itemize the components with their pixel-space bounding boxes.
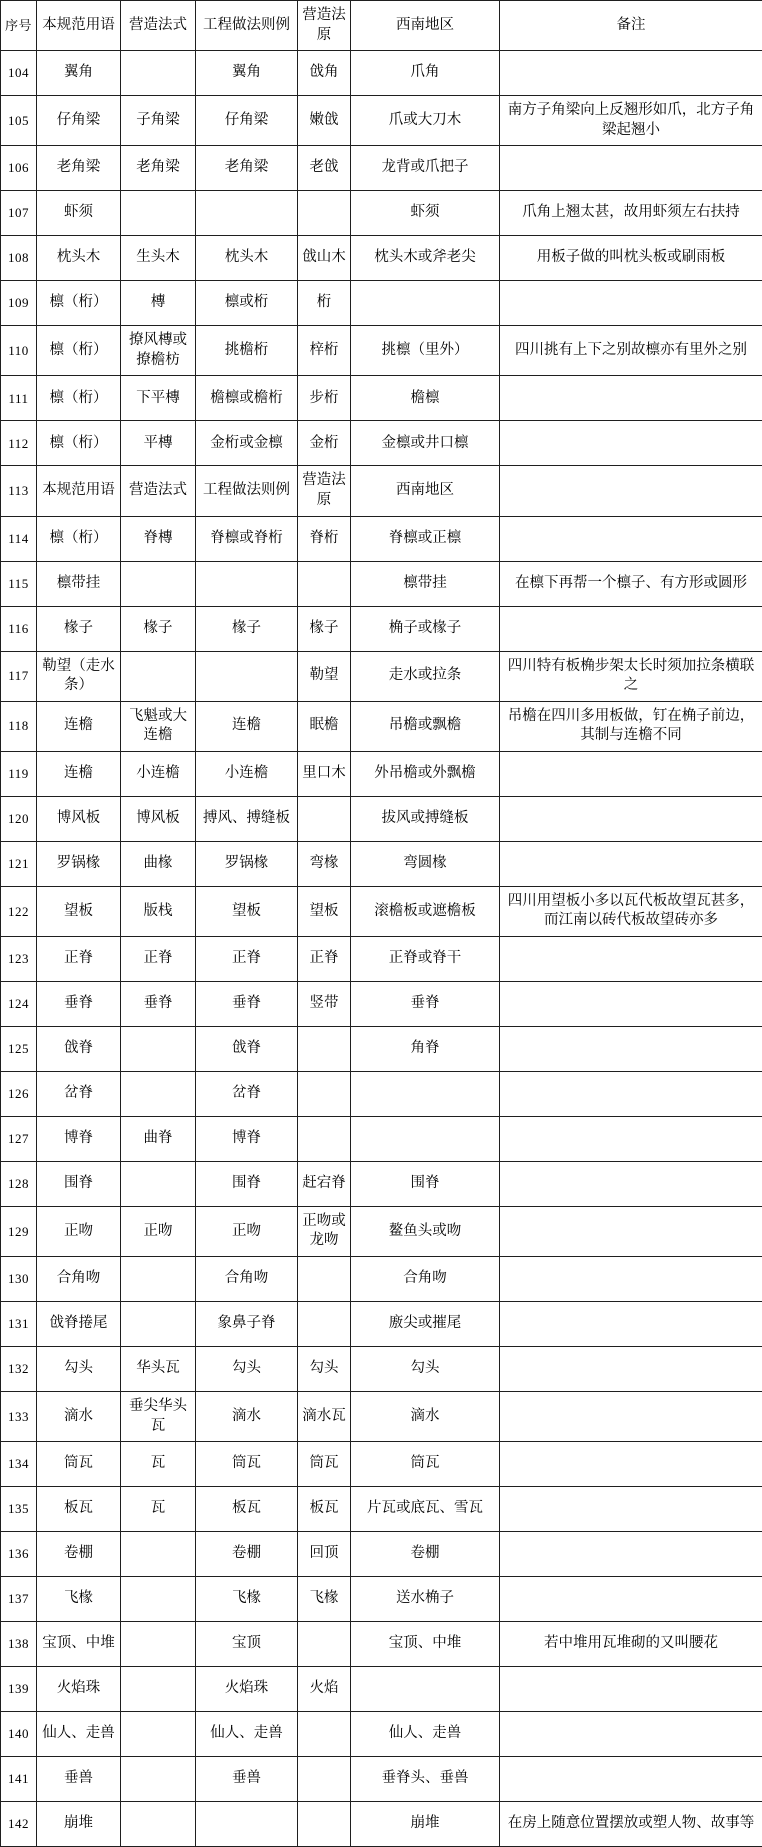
header-cell-southwest-region: 西南地区 (351, 1, 500, 51)
table-cell (121, 1532, 196, 1577)
table-cell: 板瓦 (298, 1487, 351, 1532)
row-number-cell: 109 (1, 281, 37, 326)
table-cell (298, 561, 351, 606)
table-cell: 营造法原 (298, 466, 351, 516)
header-cell-gongcheng-zuofa: 工程做法则例 (196, 1, 298, 51)
table-cell: 正脊 (121, 936, 196, 981)
table-cell: 檩带挂 (37, 561, 121, 606)
table-cell: 卷棚 (196, 1532, 298, 1577)
table-row: 133滴水垂尖华头瓦滴水滴水瓦滴水 (1, 1392, 762, 1442)
table-cell: 若中堆用瓦堆砌的又叫腰花 (500, 1622, 762, 1667)
table-cell (121, 1757, 196, 1802)
table-cell (500, 1392, 762, 1442)
row-number-cell: 130 (1, 1257, 37, 1302)
table-cell (298, 1757, 351, 1802)
table-cell: 版栈 (121, 886, 196, 936)
table-cell: 筒瓦 (298, 1442, 351, 1487)
table-cell: 博风板 (37, 796, 121, 841)
table-cell: 脊桁 (298, 516, 351, 561)
table-row: 127博脊曲脊博脊 (1, 1116, 762, 1161)
table-cell: 垂兽 (37, 1757, 121, 1802)
table-cell: 虾须 (351, 191, 500, 236)
table-cell (121, 561, 196, 606)
table-cell: 脊槫 (121, 516, 196, 561)
table-cell: 宝顶、中堆 (351, 1622, 500, 1667)
table-cell (121, 1802, 196, 1847)
table-cell: 子角梁 (121, 96, 196, 146)
table-cell: 生头木 (121, 236, 196, 281)
table-cell (351, 1667, 500, 1712)
row-number-cell: 134 (1, 1442, 37, 1487)
row-number-cell: 121 (1, 841, 37, 886)
table-cell (298, 1257, 351, 1302)
table-row: 115檩带挂檩带挂在檩下再帮一个檩子、有方形或圆形 (1, 561, 762, 606)
table-cell: 板瓦 (37, 1487, 121, 1532)
table-cell: 枕头木 (196, 236, 298, 281)
table-cell: 滴水 (196, 1392, 298, 1442)
row-number-cell: 113 (1, 466, 37, 516)
table-row: 136卷棚卷棚回顶卷棚 (1, 1532, 762, 1577)
table-cell: 枕头木或斧老尖 (351, 236, 500, 281)
row-number-cell: 122 (1, 886, 37, 936)
table-cell: 步桁 (298, 376, 351, 421)
table-row: 124垂脊垂脊垂脊竖带垂脊 (1, 981, 762, 1026)
table-cell (196, 1802, 298, 1847)
table-cell (500, 751, 762, 796)
table-cell: 仙人、走兽 (196, 1712, 298, 1757)
table-cell (121, 651, 196, 701)
table-cell: 华头瓦 (121, 1347, 196, 1392)
table-cell (121, 1667, 196, 1712)
table-cell: 戗山木 (298, 236, 351, 281)
table-cell: 用板子做的叫枕头板或刷雨板 (500, 236, 762, 281)
table-cell: 望板 (37, 886, 121, 936)
table-cell (500, 1116, 762, 1161)
table-cell: 枕头木 (37, 236, 121, 281)
row-number-cell: 105 (1, 96, 37, 146)
table-cell (121, 1622, 196, 1667)
table-cell: 仙人、走兽 (37, 1712, 121, 1757)
row-number-cell: 116 (1, 606, 37, 651)
table-cell: 小连檐 (121, 751, 196, 796)
table-cell: 桷子或椽子 (351, 606, 500, 651)
table-cell: 火焰 (298, 1667, 351, 1712)
table-cell (121, 1161, 196, 1206)
table-cell: 眠檐 (298, 701, 351, 751)
row-number-cell: 123 (1, 936, 37, 981)
table-cell: 椽子 (121, 606, 196, 651)
table-cell (351, 281, 500, 326)
table-row: 114檩（桁）脊槫脊檩或脊桁脊桁脊檩或正檩 (1, 516, 762, 561)
table-cell: 老戗 (298, 146, 351, 191)
table-cell: 垂脊 (196, 981, 298, 1026)
table-cell: 合角吻 (37, 1257, 121, 1302)
row-number-cell: 126 (1, 1071, 37, 1116)
table-cell: 弯椽 (298, 841, 351, 886)
table-cell: 宝顶 (196, 1622, 298, 1667)
table-cell: 垂脊 (121, 981, 196, 1026)
table-cell: 连檐 (37, 751, 121, 796)
header-row: 序号 本规范用语 营造法式 工程做法则例 营造法原 西南地区 备注 (1, 1, 762, 51)
table-row: 128围脊围脊赶宕脊围脊 (1, 1161, 762, 1206)
table-row: 112檩（桁）平槫金桁或金檩金桁金檩或井口檩 (1, 421, 762, 466)
row-number-cell: 115 (1, 561, 37, 606)
table-cell: 送水桷子 (351, 1577, 500, 1622)
table-cell: 罗锅椽 (37, 841, 121, 886)
table-cell (500, 1302, 762, 1347)
table-row: 113本规范用语营造法式工程做法则例营造法原西南地区 (1, 466, 762, 516)
table-cell (500, 1712, 762, 1757)
row-number-cell: 104 (1, 51, 37, 96)
row-number-cell: 117 (1, 651, 37, 701)
row-number-cell: 133 (1, 1392, 37, 1442)
table-cell (500, 1161, 762, 1206)
table-cell (500, 1206, 762, 1256)
table-cell (298, 1802, 351, 1847)
table-cell: 椽子 (37, 606, 121, 651)
table-cell (500, 1487, 762, 1532)
table-cell: 翼角 (37, 51, 121, 96)
table-row: 108枕头木生头木枕头木戗山木枕头木或斧老尖用板子做的叫枕头板或刷雨板 (1, 236, 762, 281)
table-cell (298, 1622, 351, 1667)
table-cell: 垂兽 (196, 1757, 298, 1802)
table-cell: 勾头 (351, 1347, 500, 1392)
table-cell (500, 376, 762, 421)
table-cell: 岔脊 (37, 1071, 121, 1116)
table-cell (196, 191, 298, 236)
table-row: 121罗锅椽曲椽罗锅椽弯椽弯圆椽 (1, 841, 762, 886)
table-cell: 檐檩或檐桁 (196, 376, 298, 421)
table-row: 138宝顶、中堆宝顶宝顶、中堆若中堆用瓦堆砌的又叫腰花 (1, 1622, 762, 1667)
table-cell: 爪或大刀木 (351, 96, 500, 146)
table-cell: 四川特有板桷步架太长时须加拉条横联之 (500, 651, 762, 701)
table-row: 107虾须虾须爪角上翘太甚，故用虾须左右扶持 (1, 191, 762, 236)
table-cell: 吊檐或飘檐 (351, 701, 500, 751)
table-cell: 本规范用语 (37, 466, 121, 516)
table-cell (298, 1302, 351, 1347)
table-cell: 博风板 (121, 796, 196, 841)
table-cell: 正脊 (298, 936, 351, 981)
table-cell (298, 191, 351, 236)
table-cell: 仔角梁 (196, 96, 298, 146)
table-cell (500, 606, 762, 651)
table-cell: 宝顶、中堆 (37, 1622, 121, 1667)
table-cell: 正吻或龙吻 (298, 1206, 351, 1256)
table-cell (500, 1667, 762, 1712)
table-cell: 挑檐桁 (196, 326, 298, 376)
table-cell: 勒望 (298, 651, 351, 701)
table-cell (298, 1071, 351, 1116)
table-cell (121, 1026, 196, 1071)
table-cell: 在檩下再帮一个檩子、有方形或圆形 (500, 561, 762, 606)
table-cell: 金檩或井口檩 (351, 421, 500, 466)
table-cell: 檩（桁） (37, 326, 121, 376)
table-cell: 檩（桁） (37, 516, 121, 561)
table-cell (500, 281, 762, 326)
table-cell: 四川挑有上下之别故檩亦有里外之别 (500, 326, 762, 376)
table-cell (500, 1577, 762, 1622)
table-cell: 正吻 (121, 1206, 196, 1256)
table-cell: 飞椽 (196, 1577, 298, 1622)
header-cell-yingzao-fayuan: 营造法原 (298, 1, 351, 51)
table-cell: 岔脊 (196, 1071, 298, 1116)
table-cell: 博脊 (196, 1116, 298, 1161)
table-cell: 连檐 (37, 701, 121, 751)
table-cell: 赶宕脊 (298, 1161, 351, 1206)
table-cell: 檩（桁） (37, 376, 121, 421)
row-number-cell: 108 (1, 236, 37, 281)
table-cell (500, 1532, 762, 1577)
row-number-cell: 132 (1, 1347, 37, 1392)
table-row: 142崩堆崩堆在房上随意位置摆放或塑人物、故事等 (1, 1802, 762, 1847)
table-row: 139火焰珠火焰珠火焰 (1, 1667, 762, 1712)
table-row: 119连檐小连檐小连檐里口木外吊檐或外飘檐 (1, 751, 762, 796)
table-cell: 博脊 (37, 1116, 121, 1161)
table-row: 137飞椽飞椽飞椽送水桷子 (1, 1577, 762, 1622)
table-cell: 罗锅椽 (196, 841, 298, 886)
table-cell: 工程做法则例 (196, 466, 298, 516)
table-cell: 椽子 (298, 606, 351, 651)
table-cell: 檐檩 (351, 376, 500, 421)
table-cell: 檩或桁 (196, 281, 298, 326)
table-cell: 象鼻子脊 (196, 1302, 298, 1347)
table-cell: 垂尖华头瓦 (121, 1392, 196, 1442)
row-number-cell: 137 (1, 1577, 37, 1622)
table-cell: 小连檐 (196, 751, 298, 796)
table-cell (500, 1071, 762, 1116)
table-cell: 合角吻 (351, 1257, 500, 1302)
table-cell: 老角梁 (121, 146, 196, 191)
table-cell: 撩风槫或撩檐枋 (121, 326, 196, 376)
table-cell (500, 421, 762, 466)
table-cell: 槫 (121, 281, 196, 326)
table-cell: 檩（桁） (37, 421, 121, 466)
table-cell: 垂脊 (351, 981, 500, 1026)
table-cell (500, 51, 762, 96)
table-cell (500, 841, 762, 886)
row-number-cell: 138 (1, 1622, 37, 1667)
table-cell: 连檐 (196, 701, 298, 751)
row-number-cell: 124 (1, 981, 37, 1026)
table-header: 序号 本规范用语 营造法式 工程做法则例 营造法原 西南地区 备注 (1, 1, 762, 51)
table-cell: 筒瓦 (37, 1442, 121, 1487)
row-number-cell: 135 (1, 1487, 37, 1532)
table-cell (500, 516, 762, 561)
table-cell: 正脊 (196, 936, 298, 981)
table-cell (298, 796, 351, 841)
table-cell (500, 466, 762, 516)
table-cell: 四川用望板小多以瓦代板故望瓦甚多，而江南以砖代板故望砖亦多 (500, 886, 762, 936)
table-cell: 正吻 (196, 1206, 298, 1256)
row-number-cell: 120 (1, 796, 37, 841)
table-cell: 垂脊头、垂兽 (351, 1757, 500, 1802)
table-cell: 飞椽 (298, 1577, 351, 1622)
table-cell: 戗脊 (196, 1026, 298, 1071)
table-cell (351, 1071, 500, 1116)
table-cell (500, 1257, 762, 1302)
row-number-cell: 136 (1, 1532, 37, 1577)
table-cell: 里口木 (298, 751, 351, 796)
table-cell: 飞魁或大连檐 (121, 701, 196, 751)
table-cell: 筒瓦 (351, 1442, 500, 1487)
table-cell: 火焰珠 (37, 1667, 121, 1712)
table-row: 122望板版栈望板望板滚檐板或遮檐板四川用望板小多以瓦代板故望瓦甚多，而江南以砖… (1, 886, 762, 936)
table-cell: 角脊 (351, 1026, 500, 1071)
header-cell-seq: 序号 (1, 1, 37, 51)
table-body: 104翼角翼角戗角爪角105仔角梁子角梁仔角梁嫩戗爪或大刀木南方子角梁向上反翘形… (1, 51, 762, 1847)
table-cell: 卷棚 (37, 1532, 121, 1577)
table-cell (500, 1757, 762, 1802)
table-cell: 西南地区 (351, 466, 500, 516)
table-row: 141垂兽垂兽垂脊头、垂兽 (1, 1757, 762, 1802)
table-row: 104翼角翼角戗角爪角 (1, 51, 762, 96)
table-cell: 曲椽 (121, 841, 196, 886)
table-cell: 外吊檐或外飘檐 (351, 751, 500, 796)
table-cell: 金桁 (298, 421, 351, 466)
table-cell: 椽子 (196, 606, 298, 651)
table-cell: 营造法式 (121, 466, 196, 516)
table-cell (121, 1302, 196, 1347)
table-cell: 爪角上翘太甚，故用虾须左右扶持 (500, 191, 762, 236)
row-number-cell: 131 (1, 1302, 37, 1347)
row-number-cell: 129 (1, 1206, 37, 1256)
table-row: 106老角梁老角梁老角梁老戗龙背或爪把子 (1, 146, 762, 191)
table-cell: 瓦 (121, 1487, 196, 1532)
table-row: 125戗脊戗脊角脊 (1, 1026, 762, 1071)
table-cell (500, 796, 762, 841)
table-cell: 搏风、搏缝板 (196, 796, 298, 841)
table-cell: 回顶 (298, 1532, 351, 1577)
table-cell: 嫩戗 (298, 96, 351, 146)
table-cell: 勾头 (37, 1347, 121, 1392)
table-cell: 滴水 (37, 1392, 121, 1442)
row-number-cell: 128 (1, 1161, 37, 1206)
table-cell: 瓦 (121, 1442, 196, 1487)
table-cell (196, 651, 298, 701)
row-number-cell: 127 (1, 1116, 37, 1161)
table-cell: 廒尖或摧尾 (351, 1302, 500, 1347)
table-row: 134筒瓦瓦筒瓦筒瓦筒瓦 (1, 1442, 762, 1487)
table-cell: 在房上随意位置摆放或塑人物、故事等 (500, 1802, 762, 1847)
table-row: 110檩（桁）撩风槫或撩檐枋挑檐桁梓桁挑檩（里外）四川挑有上下之别故檩亦有里外之… (1, 326, 762, 376)
table-cell (121, 51, 196, 96)
table-cell: 仔角梁 (37, 96, 121, 146)
table-cell: 勒望（走水条） (37, 651, 121, 701)
table-cell: 南方子角梁向上反翘形如爪，北方子角梁起翘小 (500, 96, 762, 146)
table-cell: 弯圆椽 (351, 841, 500, 886)
table-row: 130合角吻合角吻合角吻 (1, 1257, 762, 1302)
table-cell: 檩带挂 (351, 561, 500, 606)
row-number-cell: 139 (1, 1667, 37, 1712)
table-cell: 片瓦或底瓦、雪瓦 (351, 1487, 500, 1532)
table-row: 117勒望（走水条）勒望走水或拉条四川特有板桷步架太长时须加拉条横联之 (1, 651, 762, 701)
table-cell: 曲脊 (121, 1116, 196, 1161)
table-cell (500, 1347, 762, 1392)
table-cell: 仙人、走兽 (351, 1712, 500, 1757)
row-number-cell: 106 (1, 146, 37, 191)
table-cell: 望板 (196, 886, 298, 936)
table-row: 131戗脊捲尾象鼻子脊廒尖或摧尾 (1, 1302, 762, 1347)
row-number-cell: 141 (1, 1757, 37, 1802)
row-number-cell: 107 (1, 191, 37, 236)
table-cell: 老角梁 (196, 146, 298, 191)
table-cell (121, 1071, 196, 1116)
table-cell (121, 191, 196, 236)
table-cell (500, 1026, 762, 1071)
table-cell (121, 1577, 196, 1622)
table-cell: 滴水 (351, 1392, 500, 1442)
table-cell: 脊檩或正檩 (351, 516, 500, 561)
table-cell: 爪角 (351, 51, 500, 96)
table-cell: 垂脊 (37, 981, 121, 1026)
table-cell: 围脊 (37, 1161, 121, 1206)
table-cell: 崩堆 (37, 1802, 121, 1847)
table-cell: 正脊 (37, 936, 121, 981)
table-cell: 桁 (298, 281, 351, 326)
table-cell: 脊檩或脊桁 (196, 516, 298, 561)
table-cell (351, 1116, 500, 1161)
table-cell: 筒瓦 (196, 1442, 298, 1487)
row-number-cell: 125 (1, 1026, 37, 1071)
table-cell: 正吻 (37, 1206, 121, 1256)
table-cell: 滴水瓦 (298, 1392, 351, 1442)
table-cell: 勾头 (298, 1347, 351, 1392)
table-cell (500, 981, 762, 1026)
table-cell: 走水或拉条 (351, 651, 500, 701)
table-cell (298, 1116, 351, 1161)
table-row: 135板瓦瓦板瓦板瓦片瓦或底瓦、雪瓦 (1, 1487, 762, 1532)
table-cell: 龙背或爪把子 (351, 146, 500, 191)
table-cell: 板瓦 (196, 1487, 298, 1532)
header-cell-remarks: 备注 (500, 1, 762, 51)
table-cell (500, 146, 762, 191)
table-cell: 正脊或脊干 (351, 936, 500, 981)
table-cell: 火焰珠 (196, 1667, 298, 1712)
table-cell (500, 1442, 762, 1487)
table-cell: 鳌鱼头或吻 (351, 1206, 500, 1256)
table-cell: 金桁或金檩 (196, 421, 298, 466)
table-cell: 老角梁 (37, 146, 121, 191)
table-cell: 合角吻 (196, 1257, 298, 1302)
table-cell (298, 1712, 351, 1757)
row-number-cell: 119 (1, 751, 37, 796)
header-cell-standard-term: 本规范用语 (37, 1, 121, 51)
header-cell-yingzao-fashi: 营造法式 (121, 1, 196, 51)
table-cell: 飞椽 (37, 1577, 121, 1622)
table-cell: 挑檩（里外） (351, 326, 500, 376)
table-row: 118连檐飞魁或大连檐连檐眠檐吊檐或飘檐吊檐在四川多用板做，钉在桷子前边，其制与… (1, 701, 762, 751)
table-cell: 拔风或搏缝板 (351, 796, 500, 841)
table-row: 132勾头华头瓦勾头勾头勾头 (1, 1347, 762, 1392)
table-cell: 望板 (298, 886, 351, 936)
table-cell: 梓桁 (298, 326, 351, 376)
table-cell: 平槫 (121, 421, 196, 466)
table-cell: 翼角 (196, 51, 298, 96)
row-number-cell: 118 (1, 701, 37, 751)
terminology-comparison-table: 序号 本规范用语 营造法式 工程做法则例 营造法原 西南地区 备注 104翼角翼… (0, 0, 762, 1847)
table-cell: 下平槫 (121, 376, 196, 421)
table-row: 140仙人、走兽仙人、走兽仙人、走兽 (1, 1712, 762, 1757)
table-row: 120博风板博风板搏风、搏缝板拔风或搏缝板 (1, 796, 762, 841)
table-cell (298, 1026, 351, 1071)
row-number-cell: 114 (1, 516, 37, 561)
table-cell (196, 561, 298, 606)
row-number-cell: 110 (1, 326, 37, 376)
table-row: 123正脊正脊正脊正脊正脊或脊干 (1, 936, 762, 981)
table-row: 105仔角梁子角梁仔角梁嫩戗爪或大刀木南方子角梁向上反翘形如爪，北方子角梁起翘小 (1, 96, 762, 146)
table-cell: 滚檐板或遮檐板 (351, 886, 500, 936)
table-cell: 戗角 (298, 51, 351, 96)
